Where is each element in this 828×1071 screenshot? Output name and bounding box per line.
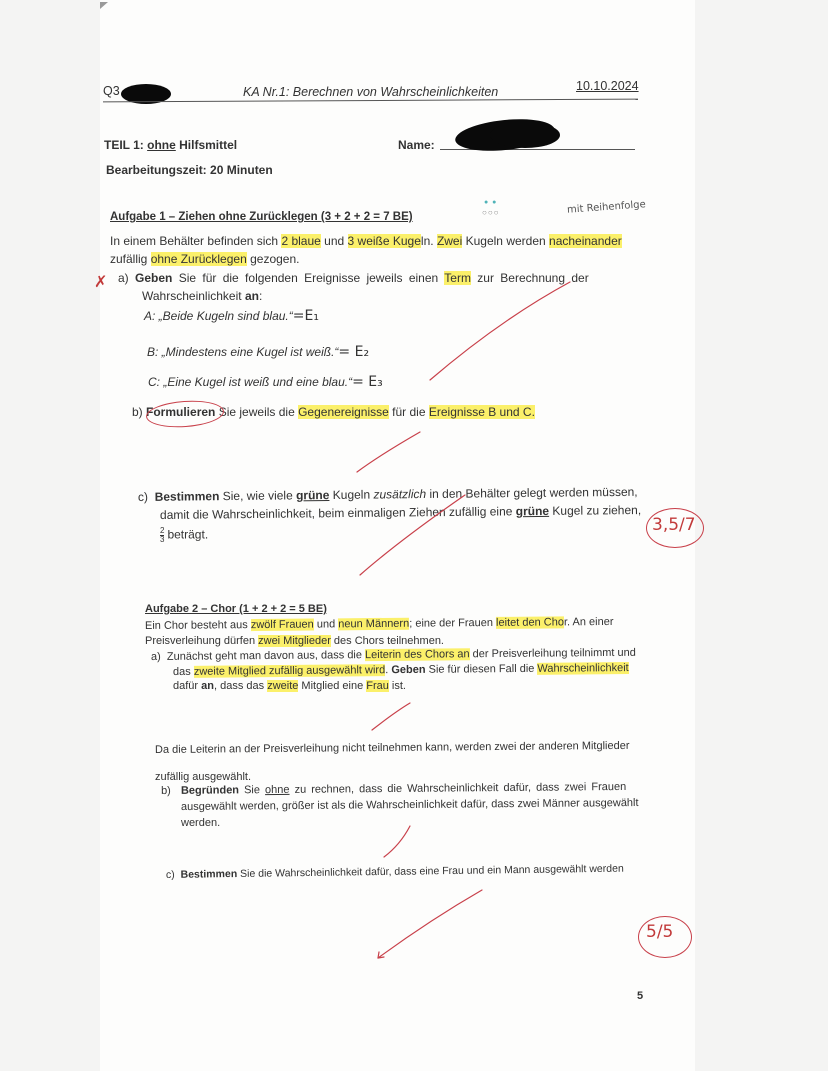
task1-heading: Aufgabe 1 – Ziehen ohne Zurücklegen (3 +… <box>110 211 413 223</box>
page-number: 5 <box>637 990 643 1002</box>
score-task2: 5/5 <box>646 922 673 942</box>
wrong-mark-icon: ✗ <box>94 272 107 292</box>
redacted-name-2 <box>490 122 560 148</box>
task1-intro-line2: zufällig ohne Zurücklegen gezogen. <box>110 252 299 266</box>
exam-title: KA Nr.1: Berechnen von Wahrscheinlichkei… <box>243 85 498 99</box>
task1c-line3: 23beträgt. <box>160 527 208 544</box>
event-b: B: „Mindestens eine Kugel ist weiß.“= E₂ <box>147 344 369 360</box>
task2-heading: Aufgabe 2 – Chor (1 + 2 + 2 = 5 BE) <box>145 603 327 615</box>
course-label: Q3 <box>103 84 120 98</box>
score-task1: 3,5/7 <box>652 515 696 535</box>
exam-date: 10.10.2024 <box>576 79 639 93</box>
part-label: TEIL 1: ohne Hilfsmittel <box>104 138 237 152</box>
event-c: C: „Eine Kugel ist weiß und eine blau.“=… <box>148 374 383 390</box>
time-limit: Bearbeitungszeit: 20 Minuten <box>106 163 273 177</box>
task2b-line3: werden. <box>181 817 220 829</box>
task1a-line1: a) Geben Sie für die folgenden Ereigniss… <box>118 271 589 285</box>
task1a-line2: Wahrscheinlichkeit an: <box>142 289 262 303</box>
task2b-line1: b) Begründen Sie ohne zu rechnen, dass d… <box>161 771 626 797</box>
event-a: A: „Beide Kugeln sind blau.“=E₁ <box>144 308 319 324</box>
drawn-balls-icon: ● ● <box>484 199 497 206</box>
drawn-balls-outline-icon: ○○○ <box>482 208 500 217</box>
task2a-line3: dafür an, dass das zweite Mitglied eine … <box>173 680 406 692</box>
fraction-two-thirds: 23 <box>160 527 164 544</box>
task2-intro-line2: Preisverleihung dürfen zwei Mitglieder d… <box>145 635 444 647</box>
task1-intro-line1: In einem Behälter befinden sich 2 blaue … <box>110 234 622 248</box>
name-label: Name: <box>398 138 435 152</box>
